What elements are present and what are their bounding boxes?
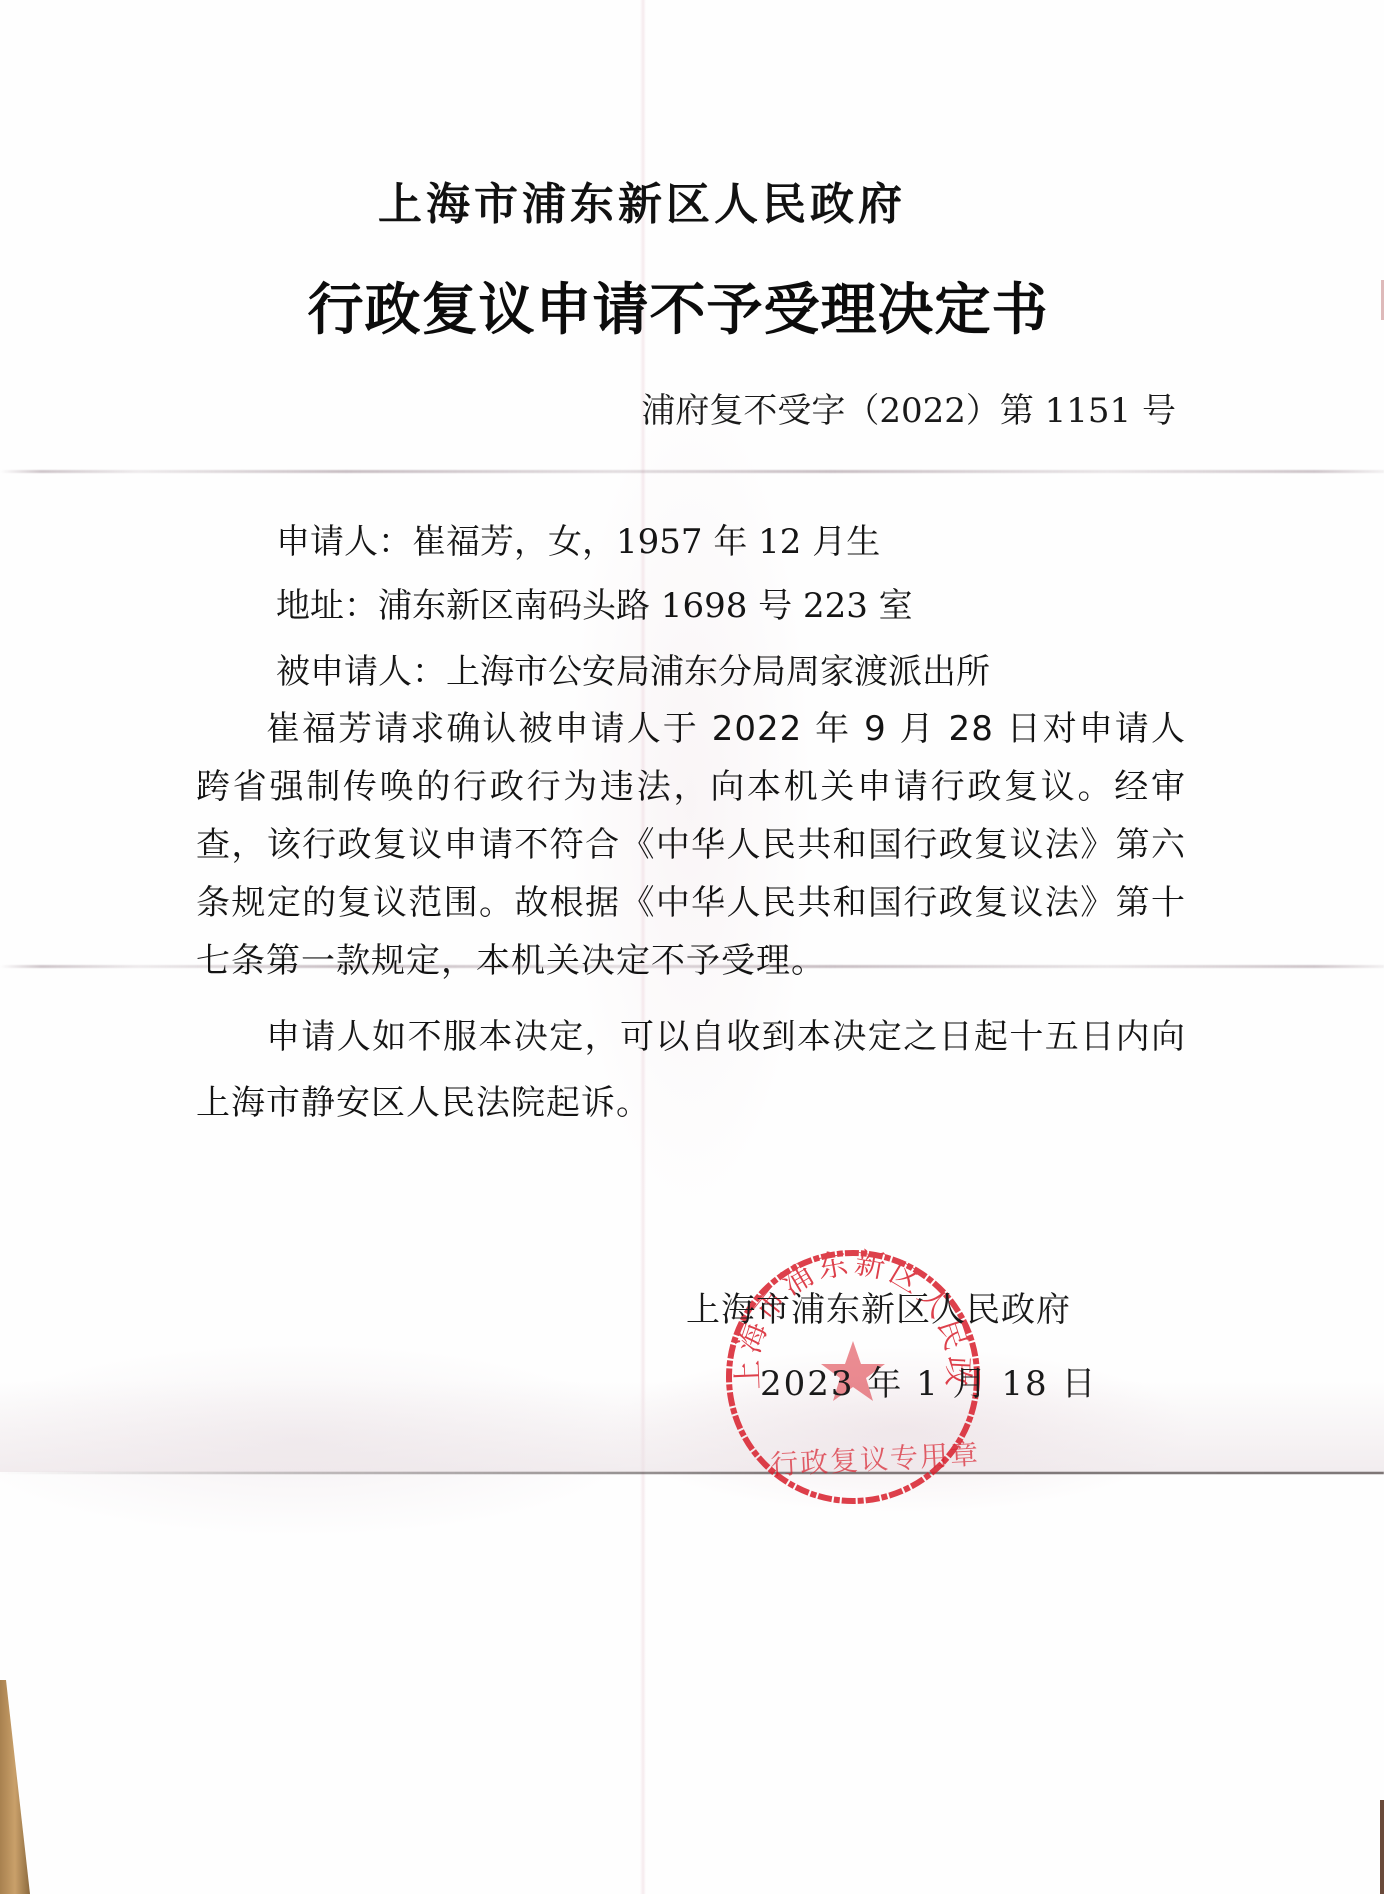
address-line: 地址：浦东新区南码头路 1698 号 223 室 [276,578,913,627]
issuer-header-text: 上海市浦东新区人民政府 [378,179,906,230]
document-title: 行政复议申请不予受理决定书 [0,266,1384,346]
issuer-header: 上海市浦东新区人民政府 [0,168,1384,232]
reference-number: 浦府复不受字（2022）第 1151 号 [641,383,1176,432]
document-title-text: 行政复议申请不予受理决定书 [308,278,1049,343]
signature-date: 2023 年 1 月 18 日 [760,1356,1097,1405]
respondent-line: 被申请人：上海市公安局浦东分局周家渡派出所 [276,644,990,693]
fold-shadow [0,1380,1384,1472]
decision-paragraph: 崔福芳请求确认被申请人于 2022 年 9 月 28 日对申请人跨省强制传唤的行… [196,700,1186,990]
paper-right-edge [1380,1800,1384,1894]
appeal-paragraph: 申请人如不服本决定，可以自收到本决定之日起十五日内向上海市静安区人民法院起诉。 [196,1004,1186,1136]
fold-line-upper [0,470,1384,473]
signature-organization: 上海市浦东新区人民政府 [686,1282,1071,1331]
applicant-line: 申请人：崔福芳，女，1957 年 12 月生 [276,514,880,563]
table-surface-edge [0,1680,30,1894]
fold-line-lower [0,1472,1384,1474]
